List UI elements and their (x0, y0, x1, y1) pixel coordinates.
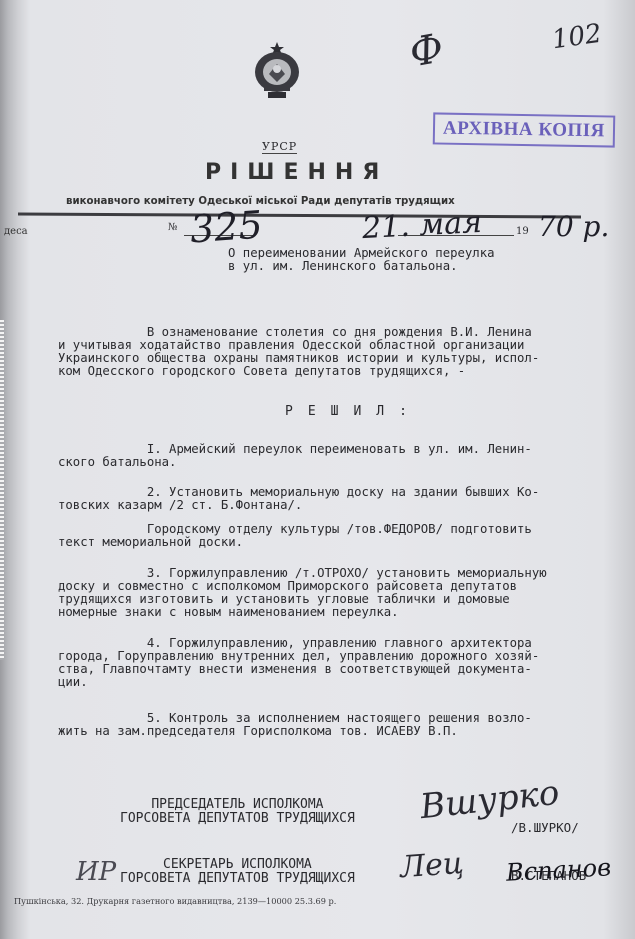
binding-edge (0, 320, 4, 660)
decision-number: 325 (189, 203, 264, 252)
header-rule (18, 213, 581, 219)
city-fragment: деса (4, 226, 28, 237)
coat-of-arms-icon (252, 40, 302, 102)
countersignature: Лец (399, 846, 465, 885)
decision-subject: О переименовании Армейского переулка в у… (228, 247, 495, 273)
resolution-item-2-sub: Городскому отделу культуры /тов.ФЕДОРОВ/… (58, 523, 532, 549)
handwritten-visa-mark: Ф (406, 25, 447, 76)
resolution-item-5: 5. Контроль за исполнением настоящего ре… (58, 712, 532, 738)
number-label: № (168, 222, 177, 233)
resolved-heading: РЕШИЛ: (285, 404, 422, 419)
chairman-title: ПРЕДСЕДАТЕЛЬ ИСПОЛКОМА ГОРСОВЕТА ДЕПУТАТ… (120, 798, 355, 826)
decision-year: 70 р. (538, 210, 609, 243)
document-page: Ф 102 УРСР РІШЕННЯ АРХІВНА КОПІЯ виконав… (0, 0, 635, 939)
resolution-item-2: 2. Установить мемориальную доску на здан… (58, 486, 539, 512)
secretary-signature: Вспанов (505, 853, 611, 886)
archive-page-number: 102 (550, 19, 603, 56)
resolution-item-3: 3. Горжилуправлению /т.ОТРОХО/ установит… (58, 567, 547, 619)
chairman-name: /В.ШУРКО/ (511, 820, 579, 835)
resolution-item-1: I. Армейский переулок переименовать в ул… (58, 443, 532, 469)
archive-copy-stamp: АРХІВНА КОПІЯ (433, 112, 615, 147)
preamble-paragraph: В ознаменование столетия со дня рождения… (58, 326, 539, 378)
resolution-item-4: 4. Горжилуправлению, управлению главного… (58, 637, 539, 689)
margin-initials: ИР (76, 857, 116, 887)
document-title: РІШЕННЯ (205, 160, 388, 185)
secretary-title: СЕКРЕТАРЬ ИСПОЛКОМА ГОРСОВЕТА ДЕПУТАТОВ … (120, 858, 355, 886)
printer-imprint: Пушкінська, 32. Друкарня газетного видав… (14, 896, 336, 906)
republic-label: УРСР (262, 140, 297, 154)
year-prefix: 19 (516, 226, 529, 237)
decision-date: 21. мая (361, 205, 483, 246)
